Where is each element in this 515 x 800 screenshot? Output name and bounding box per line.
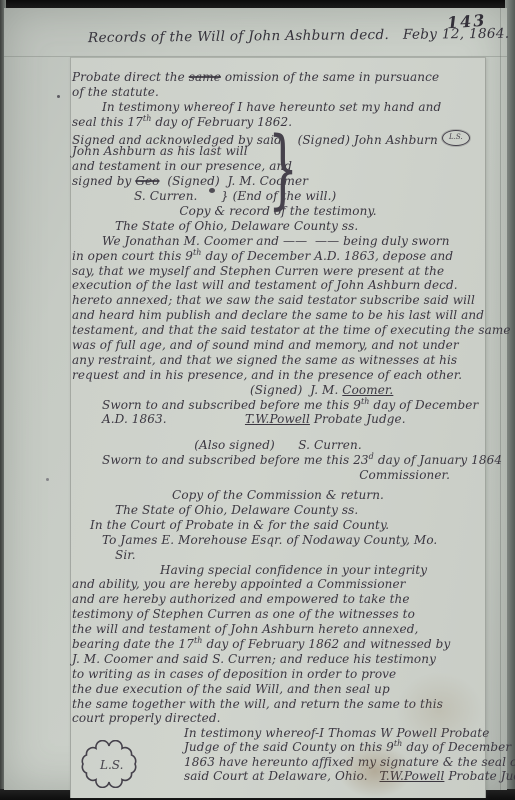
text-segment: In testimony whereof I have hereunto set… — [102, 100, 441, 114]
text-segment: Probate direct the — [72, 70, 189, 84]
text-segment: and are hereby authorized and empowered … — [72, 592, 410, 606]
text-segment: of the statute. — [72, 85, 159, 99]
paper-stain — [396, 672, 482, 748]
text-segment: day of December — [370, 398, 479, 412]
text-segment: Copy of the Commission & return. — [172, 488, 384, 502]
text-segment: bearing date the 17 — [72, 637, 194, 651]
manuscript-line: To James E. Morehouse Esqr. of Nodaway C… — [72, 533, 484, 548]
will-seal-label: L.S. — [443, 131, 469, 143]
manuscript-line: The State of Ohio, Delaware County ss. — [72, 503, 484, 518]
manuscript-line: (Also signed) S. Curren. — [72, 438, 484, 453]
ink-speck — [57, 95, 60, 98]
text-segment: (Signed) J. M. Coomer — [160, 174, 309, 188]
text-segment: Copy & record of the testimony. — [179, 204, 376, 218]
text-segment: day of February 1862 and witnessed by — [203, 637, 451, 651]
manuscript-line: S. Curren. } (End of the will.) — [72, 189, 484, 204]
manuscript-line: Copy of the Commission & return. — [72, 488, 484, 503]
text-segment: and heard him publish and declare the sa… — [72, 308, 484, 322]
manuscript-line: the will and testament of John Ashburn h… — [72, 622, 484, 637]
text-segment: th — [194, 636, 203, 645]
text-segment: omission of the same in pursuance — [221, 70, 439, 84]
manuscript-line: and testament in our presence, and — [72, 159, 484, 174]
manuscript-line: Sir. — [72, 548, 484, 563]
text-segment: was of full age, and of sound mind and m… — [72, 338, 459, 352]
text-segment: To James E. Morehouse Esqr. of Nodaway C… — [102, 533, 437, 547]
text-segment: th — [193, 248, 202, 257]
manuscript-line: Commissioner. — [72, 468, 484, 483]
text-segment: T.W.Powell — [245, 412, 310, 426]
text-segment: Sworn to and subscribed before me this 9 — [102, 398, 361, 412]
text-segment: court properly directed. — [72, 711, 221, 725]
text-segment: Geo — [135, 174, 159, 188]
text-segment: execution of the last will and testament… — [72, 278, 458, 292]
ink-blot — [209, 188, 215, 193]
text-segment: The State of Ohio, Delaware County ss. — [115, 503, 358, 517]
page-right-edge-line — [500, 8, 501, 790]
text-segment: (Also signed) S. Curren. — [194, 438, 362, 452]
text-segment: The State of Ohio, Delaware County ss. — [115, 219, 358, 233]
manuscript-line: say, that we myself and Stephen Curren w… — [72, 264, 484, 279]
court-seal-label: L.S. — [99, 758, 123, 772]
court-seal-icon: L.S. — [78, 740, 140, 788]
text-segment: In the Court of Probate in & for the sai… — [90, 518, 389, 532]
manuscript-line: testament, and that the said testator at… — [72, 323, 484, 338]
text-segment: the will and testament of John Ashburn h… — [72, 622, 418, 636]
manuscript-line: bearing date the 17th day of February 18… — [72, 637, 484, 652]
text-segment: Sir. — [115, 548, 136, 562]
manuscript-line: A.D. 1863. T.W.Powell Probate Judge. — [72, 412, 484, 427]
text-segment: seal this 17 — [72, 115, 143, 129]
text-segment: Having special confidence in your integr… — [160, 563, 427, 577]
manuscript-line: (Signed) J. M. Coomer. — [72, 383, 484, 398]
sheet-top-crease — [4, 56, 507, 57]
manuscript-line: and are hereby authorized and empowered … — [72, 592, 484, 607]
text-segment: John Ashburn as his last will — [72, 144, 248, 158]
manuscript-line: Sworn to and subscribed before me this 9… — [72, 398, 484, 413]
text-segment: the due execution of the said Will, and … — [72, 682, 390, 696]
text-segment: Coomer. — [342, 383, 393, 397]
text-segment: day of February 1862. — [151, 115, 292, 129]
manuscript-line: and heard him publish and declare the sa… — [72, 308, 484, 323]
manuscript-line: The State of Ohio, Delaware County ss. — [72, 219, 484, 234]
manuscript-line: Copy & record of the testimony. — [72, 204, 484, 219]
will-seal-icon: L.S. — [442, 130, 470, 146]
ink-speck — [46, 478, 49, 481]
manuscript-line: any restraint, and that we signed the sa… — [72, 353, 484, 368]
text-segment: the same together with the will, and ret… — [72, 697, 443, 711]
manuscript-line: and ability, you are hereby appointed a … — [72, 577, 484, 592]
text-segment: testament, and that the said testator at… — [72, 323, 511, 337]
text-segment: and ability, you are hereby appointed a … — [72, 577, 406, 591]
text-segment: day of January 1864 — [374, 453, 502, 467]
text-segment: Sworn to and subscribed before me this 2… — [102, 453, 369, 467]
manuscript-line: execution of the last will and testament… — [72, 278, 484, 293]
text-segment: signed by — [72, 174, 135, 188]
text-segment: Probate Judge — [444, 769, 515, 783]
manuscript-line: testimony of Stephen Curren as one of th… — [72, 607, 484, 622]
manuscript-line: request and in his presence, and in the … — [72, 368, 484, 383]
manuscript-line: seal this 17th day of February 1862. — [72, 115, 484, 130]
text-segment: request and in his presence, and in the … — [72, 368, 462, 382]
manuscript-line: In the Court of Probate in & for the sai… — [72, 518, 484, 533]
text-segment: hereto annexed; that we saw the said tes… — [72, 293, 475, 307]
manuscript-line: Sworn to and subscribed before me this 2… — [72, 453, 484, 468]
paper-stain — [338, 744, 412, 798]
manuscript-line: J. M. Coomer and said S. Curren; and red… — [72, 652, 484, 667]
text-segment: in open court this 9 — [72, 249, 193, 263]
text-segment: A.D. 1863. — [102, 412, 245, 426]
text-segment: Commissioner. — [359, 468, 450, 482]
manuscript-line: Probate direct the same omission of the … — [72, 70, 484, 85]
text-segment: Probate Judge. — [310, 412, 406, 426]
text-segment: day of December A.D. 1863, depose and — [202, 249, 454, 263]
manuscript-line: We Jonathan M. Coomer and —— —— being du… — [72, 234, 484, 249]
manuscript-line: Signed and acknowledged by said (Signed)… — [72, 130, 484, 145]
text-segment: say, that we myself and Stephen Curren w… — [72, 264, 444, 278]
text-segment: S. Curren. } (End of the will.) — [134, 189, 336, 203]
manuscript-line: signed by Geo (Signed) J. M. Coomer — [72, 174, 484, 189]
manuscript-line: Having special confidence in your integr… — [72, 563, 484, 578]
manuscript-line: hereto annexed; that we saw the said tes… — [72, 293, 484, 308]
manuscript-line: of the statute. — [72, 85, 484, 100]
manuscript-line: in open court this 9th day of December A… — [72, 249, 484, 264]
text-segment: We Jonathan M. Coomer and —— —— being du… — [102, 234, 450, 248]
text-segment: any restraint, and that we signed the sa… — [72, 353, 457, 367]
text-segment: J. M. Coomer and said S. Curren; and red… — [72, 652, 436, 666]
manuscript-line: In testimony whereof I have hereunto set… — [72, 100, 484, 115]
manuscript-line: was of full age, and of sound mind and m… — [72, 338, 484, 353]
text-segment: testimony of Stephen Curren as one of th… — [72, 607, 415, 621]
text-segment: same — [189, 70, 221, 84]
text-segment: (Signed) J. M. — [250, 383, 342, 397]
text-segment: th — [361, 397, 370, 406]
text-segment: and testament in our presence, and — [72, 159, 292, 173]
text-segment: to writing as in cases of deposition in … — [72, 667, 396, 681]
